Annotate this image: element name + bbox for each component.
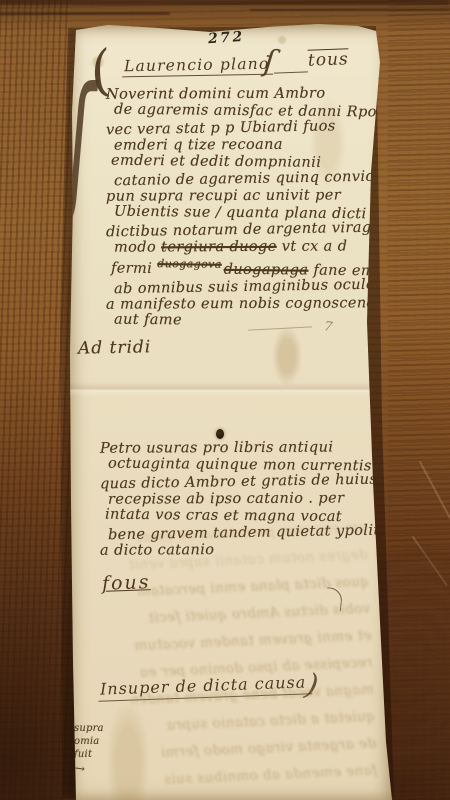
manuscript-line: a manifesto eum nobis cognoscendum [106, 295, 372, 313]
margin-note: fuit [74, 748, 104, 761]
heading-right-mark: tous [308, 49, 349, 70]
arrow-flourish-icon: → [73, 761, 105, 780]
fold-crease [68, 382, 392, 396]
manuscript-line-with-deletion: fermi duogagovaduogapaga fane emenda [111, 255, 372, 281]
faint-seven-mark: 7 [323, 319, 336, 335]
manuscript-line: recepisse ab ipso catanio . per [108, 490, 372, 508]
line-text: fermi [111, 260, 157, 276]
wood-grain-left [0, 0, 70, 800]
struck-through-text: duogapaga [224, 262, 309, 279]
notary-subscription: Ad tridi [78, 335, 372, 357]
manuscript-line: Petro usuras pro libris antiqui [100, 439, 372, 457]
interlinear-struck-text: duogagova [157, 255, 222, 273]
pen-flourish-terminal-icon: ſ [262, 43, 277, 79]
pen-stroke-dash [274, 71, 308, 74]
margin-notes: supra omia fuit → [74, 722, 104, 778]
heading-name: Laurencio plano [122, 55, 274, 78]
line-text: vt cx a d [277, 238, 348, 254]
manuscript-line-with-deletion: modo tergiura duoge vt cx a d [114, 238, 372, 256]
ink-blot [216, 429, 224, 439]
verso-bleedthrough: am eno cum peravimus de estas degres not… [124, 515, 378, 795]
margin-note: supra [74, 722, 104, 735]
struck-through-text: tergiura duoge [161, 239, 277, 256]
line-text: modo [114, 239, 161, 255]
manuscript-page: 272 ( Laurencio plano ſ tous ʃ Noverint … [68, 22, 392, 800]
margin-note: omia [74, 735, 104, 748]
entry-block-1: Noverint domini cum Ambro de agaremis am… [106, 86, 372, 355]
photo-of-manuscript-on-table: 272 ( Laurencio plano ſ tous ʃ Noverint … [0, 0, 450, 800]
manuscript-line: emderi q tize recoana [114, 136, 372, 154]
manuscript-line: Noverint domini cum Ambro [106, 85, 372, 103]
manuscript-line: pun supra recupi ac univit per [106, 187, 372, 205]
